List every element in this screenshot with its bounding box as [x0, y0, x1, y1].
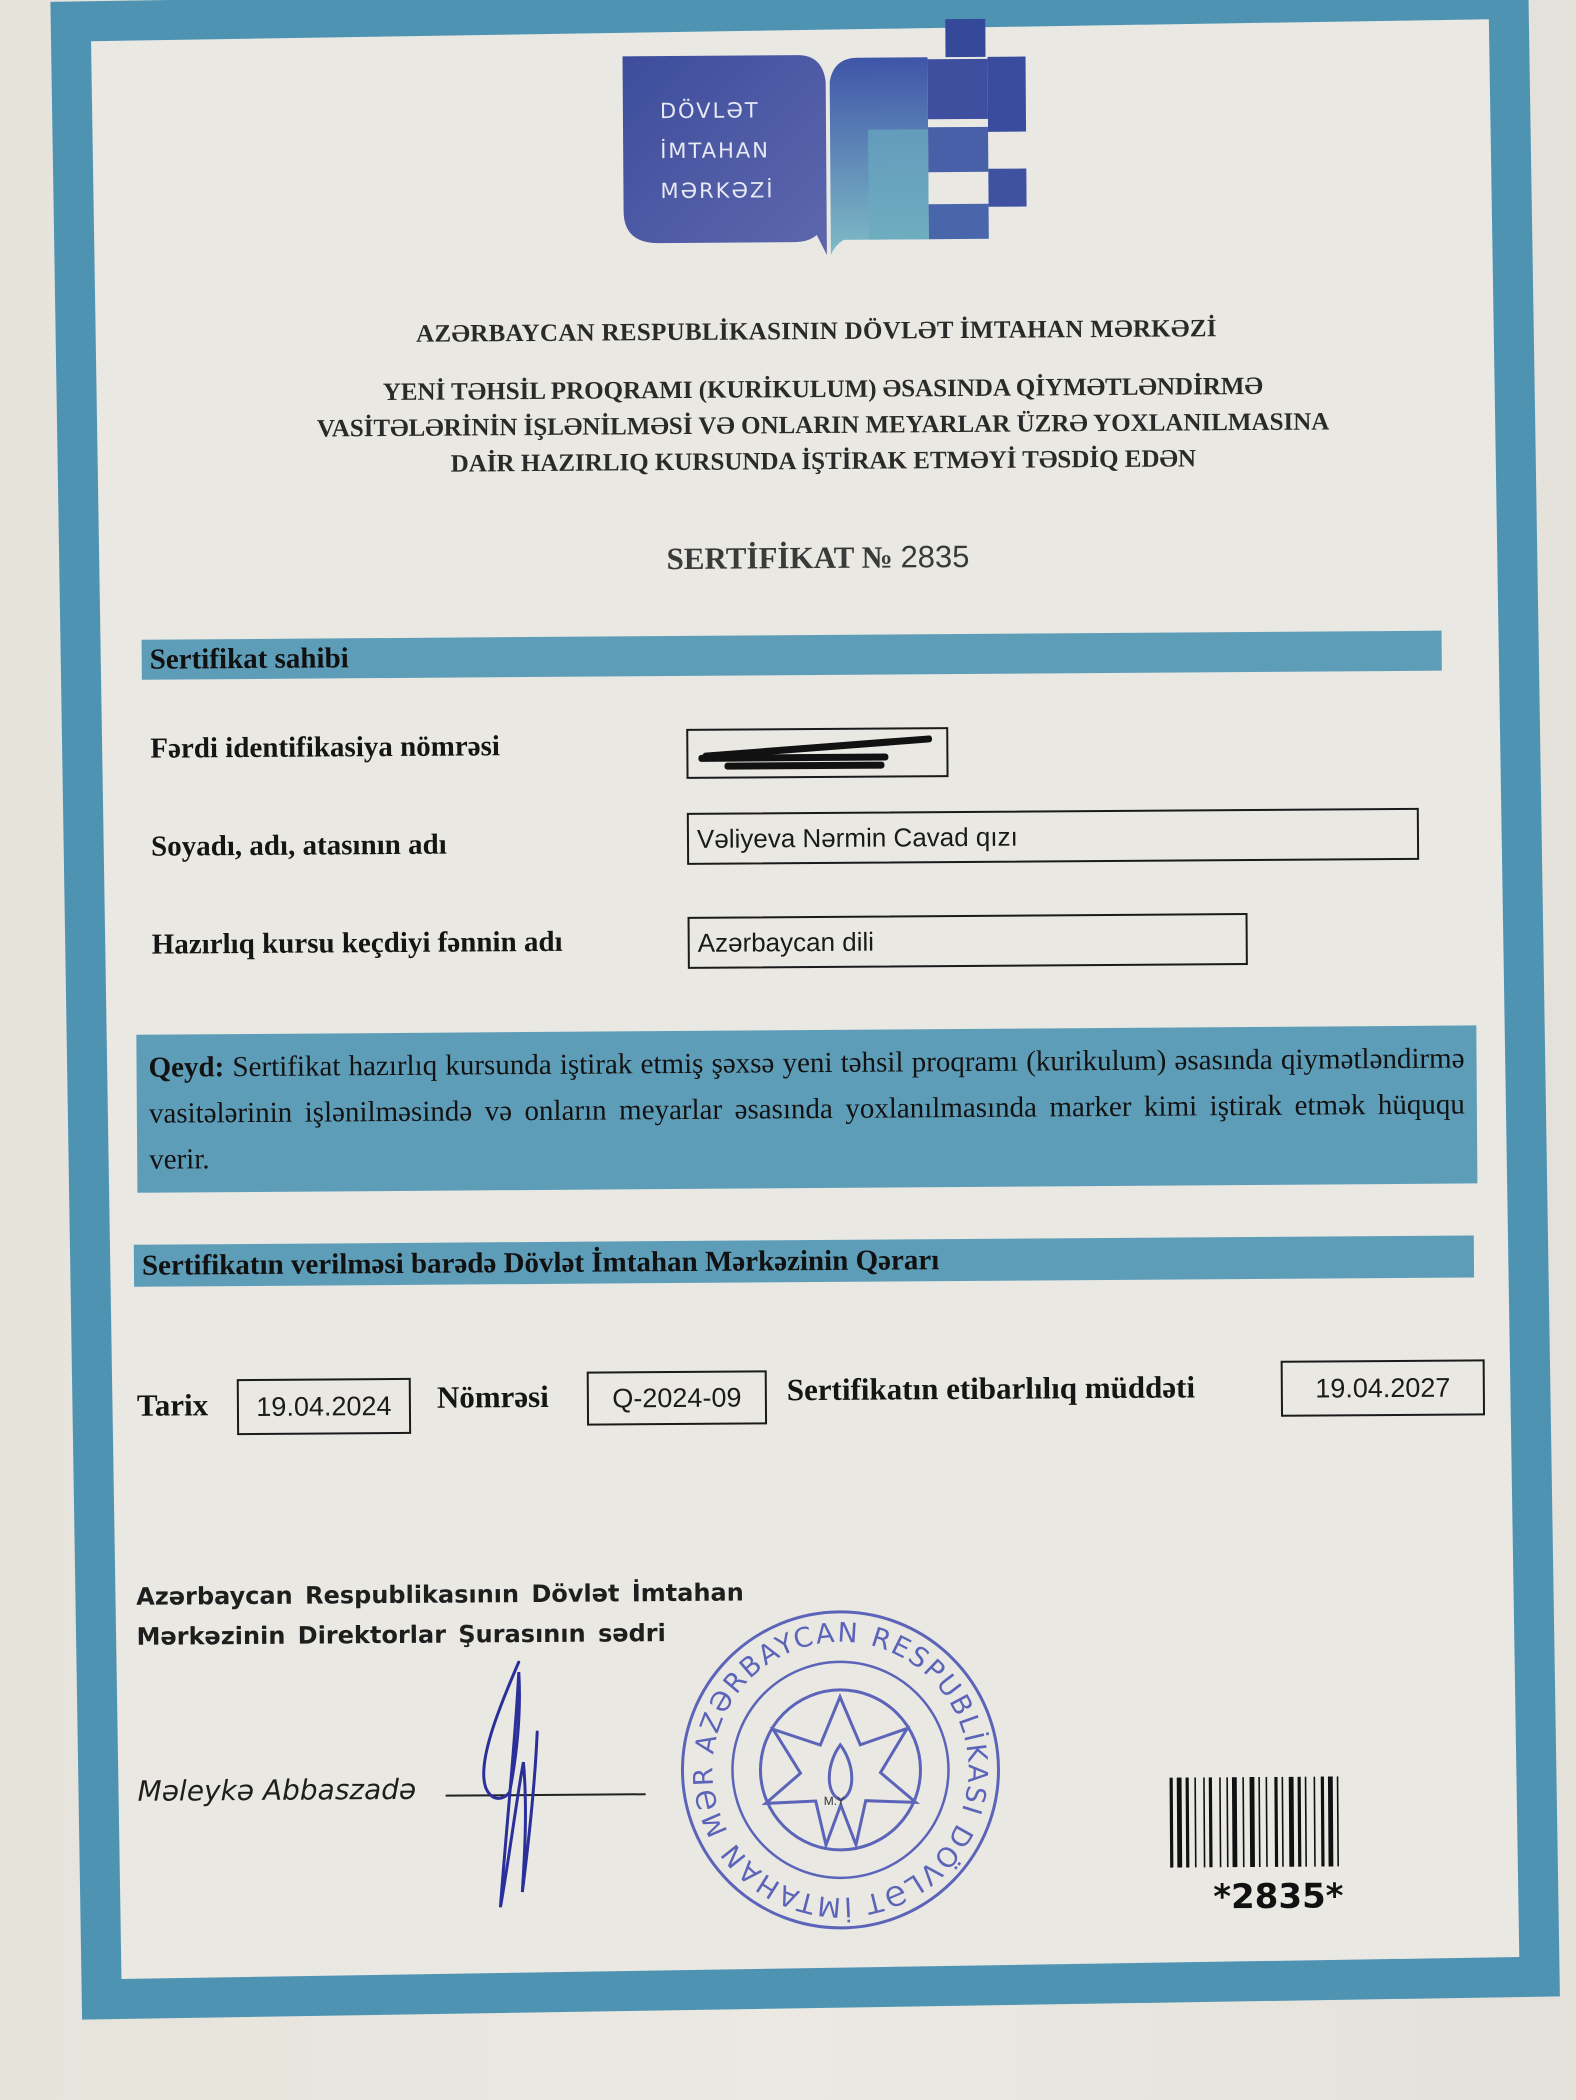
certificate-number: 2835: [900, 539, 969, 574]
dim-logo: DÖVLƏT İMTAHAN MƏRKƏZİ: [597, 9, 1029, 272]
full-name-field: Vəliyeva Nərmin Cavad qızı: [687, 808, 1419, 865]
owner-section-header: Sertifikat sahibi: [142, 631, 1442, 680]
subject-field: Azərbaycan dili: [688, 913, 1248, 969]
date-field: 19.04.2024: [237, 1378, 411, 1435]
certificate-number-heading: SERTİFİKAT № 2835: [119, 535, 1517, 581]
certificate-label: SERTİFİKAT №: [666, 539, 892, 576]
personal-id-label: Fərdi identifikasiya nömrəsi: [150, 730, 500, 765]
redaction-scribble: [694, 737, 906, 768]
logo-text: DÖVLƏT İMTAHAN MƏRKƏZİ: [660, 90, 775, 211]
date-label: Tarix: [137, 1387, 208, 1423]
decision-number-field: Q-2024-09: [587, 1370, 767, 1425]
organization-title: AZƏRBAYCAN RESPUBLİKASININ DÖVLƏT İMTAHA…: [117, 313, 1515, 351]
note-text: Sertifikat hazırlıq kursunda iştirak etm…: [149, 1043, 1465, 1176]
official-stamp-icon: AZƏRBAYCAN RESPUBLİKASI DÖVLƏT İMTAHAN M…: [674, 1604, 1006, 1936]
note-box: Qeyd: Sertifikat hazırlıq kursunda iştir…: [136, 1025, 1477, 1192]
signatory-name: Məleykə Abbaszadə: [137, 1773, 416, 1808]
full-name-label: Soyadı, adı, atasının adı: [151, 829, 447, 864]
note-label: Qeyd:: [148, 1051, 224, 1084]
validity-label: Sertifikatın etibarlılıq müddəti: [787, 1369, 1195, 1408]
barcode-icon: [1168, 1776, 1389, 1873]
validity-field: 19.04.2027: [1281, 1359, 1485, 1416]
logo-line-1: DÖVLƏT: [660, 90, 774, 131]
handwritten-signature-icon: [457, 1652, 579, 1923]
personal-id-field: [686, 727, 948, 779]
barcode-text: *2835*: [1168, 1876, 1388, 1918]
certificate-subtitle: YENİ TƏHSİL PROQRAMI (KURİKULUM) ƏSASIND…: [158, 367, 1489, 484]
logo-line-3: MƏRKƏZİ: [660, 170, 774, 211]
decision-number-label: Nömrəsi: [437, 1379, 549, 1416]
decision-section-header: Sertifikatın verilməsi barədə Dövlət İmt…: [134, 1235, 1474, 1286]
certificate-content: DÖVLƏT İMTAHAN MƏRKƏZİ AZƏRBAYCAN RESPUB…: [115, 0, 1527, 1975]
subject-label: Hazırlıq kursu keçdiyi fənnin adı: [152, 926, 563, 962]
logo-line-2: İMTAHAN: [660, 130, 774, 171]
stamp-initials: M.Y: [824, 1794, 845, 1808]
